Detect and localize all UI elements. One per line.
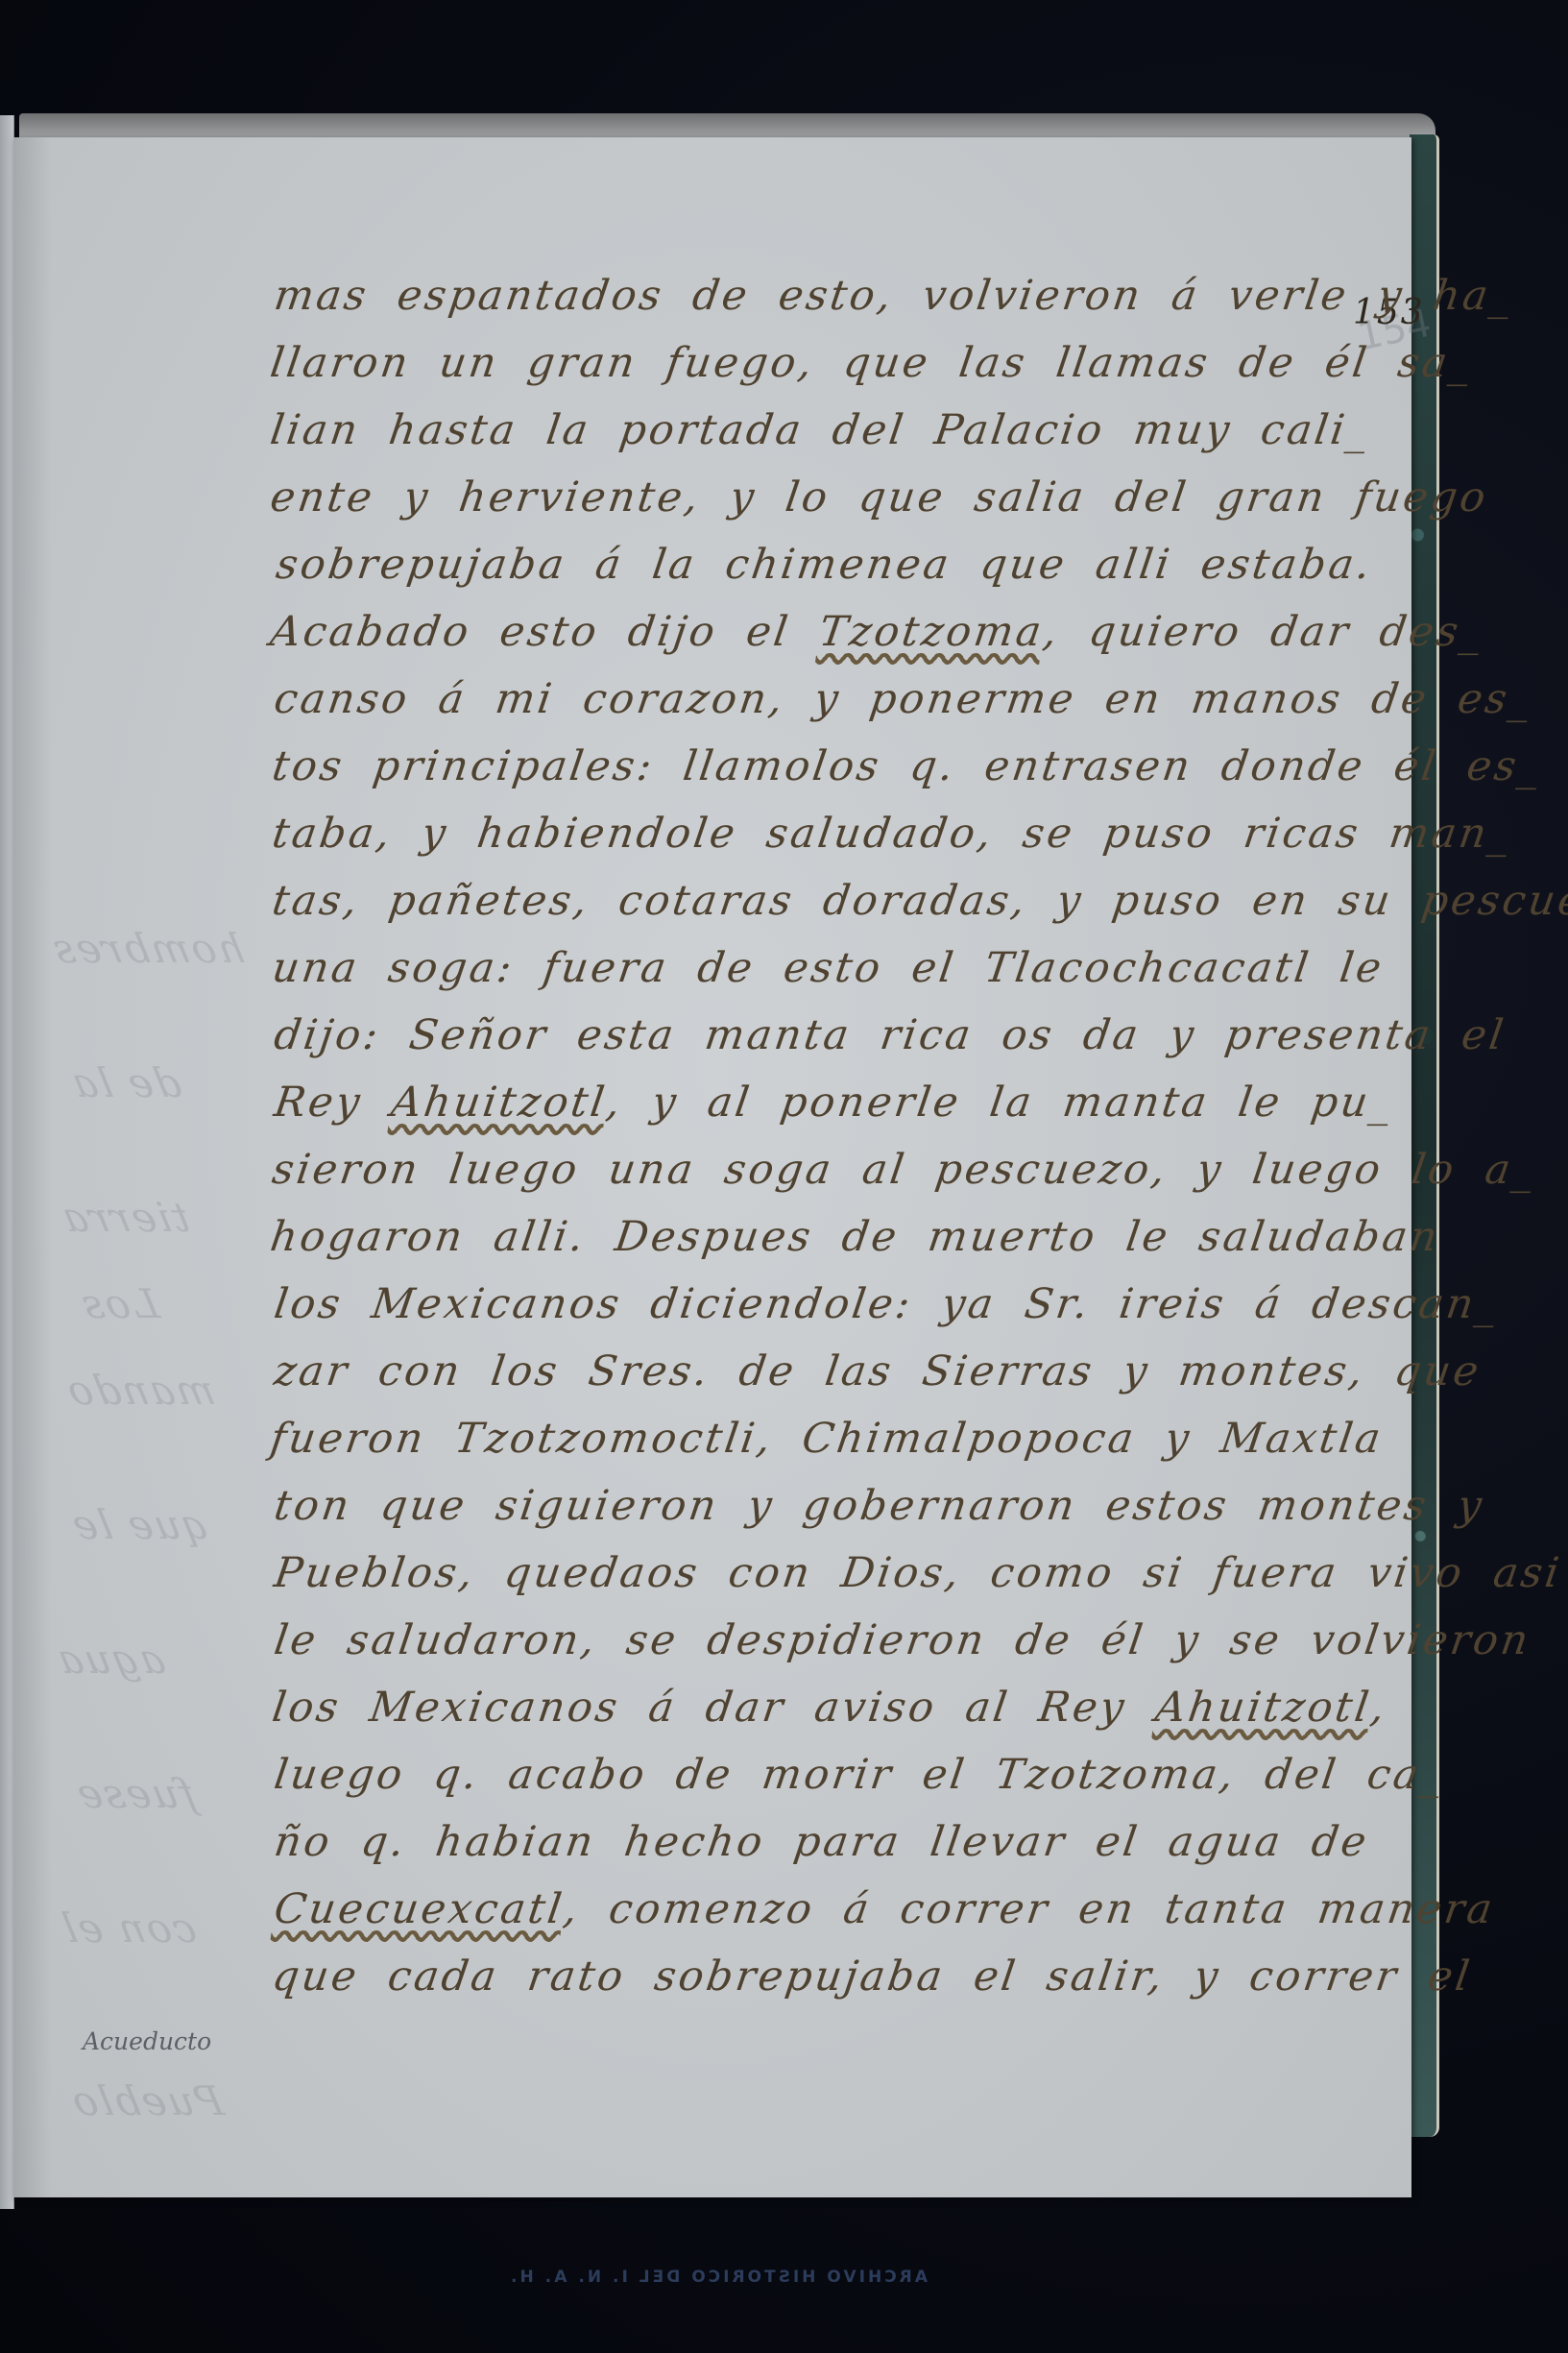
text-line: dijo: Señor esta manta rica os da y pres… — [271, 1011, 1508, 1059]
bleed-word: agua — [52, 1636, 169, 1683]
manuscript-page: hombres de la tierra Los mando que le ag… — [13, 137, 1411, 2197]
underlined-name: Ahuitzotl — [1152, 1684, 1374, 1732]
line-segment: los Mexicanos á dar aviso al Rey — [269, 1684, 1159, 1732]
line-segment: , comenzo á correr en tanta manera — [561, 1885, 1498, 1933]
text-line: Cuecuexcatl, comenzo á correr en tanta m… — [271, 1885, 1498, 1933]
text-line: tas, pañetes, cotaras doradas, y puso en… — [269, 877, 1568, 925]
text-line: zar con los Sres. de las Sierras y monte… — [271, 1347, 1484, 1395]
text-line: ño q. habian hecho para llevar el agua d… — [271, 1818, 1371, 1866]
text-line: que cada rato sobrepujaba el salir, y co… — [269, 1953, 1475, 2001]
margin-annotation: Acueducto — [83, 2027, 211, 2055]
bleed-word: de la — [66, 1059, 185, 1106]
line-segment: Rey — [271, 1079, 395, 1127]
archive-stamp-mirrored: ARCHIVO HISTORICO DEL I. N. A. H. — [508, 2268, 928, 2287]
text-line: mas espantados de esto, volvieron á verl… — [271, 272, 1517, 320]
bleed-word: que le — [66, 1501, 213, 1548]
text-line: Acabado esto dijo el Tzotzoma, quiero da… — [267, 608, 1487, 656]
text-line: sieron luego una soga al pescuezo, y lue… — [269, 1146, 1539, 1194]
text-line: Rey Ahuitzotl, y al ponerle la manta le … — [271, 1079, 1397, 1127]
marbled-cover-edge — [1410, 134, 1439, 2137]
text-line: Pueblos, quedaos con Dios, como si fuera… — [271, 1549, 1564, 1597]
bleed-word: tierra — [57, 1194, 194, 1241]
text-line: ton que siguieron y gobernaron estos mon… — [271, 1482, 1487, 1530]
bleed-word: con el — [57, 1904, 201, 1952]
line-segment: , quiero dar des_ — [1040, 608, 1487, 656]
text-line: fueron Tzotzomoctli, Chimalpopoca y Maxt… — [267, 1415, 1386, 1463]
line-segment: Acabado esto dijo el — [267, 608, 822, 656]
underlined-name: Cuecuexcatl — [271, 1885, 567, 1933]
text-line: los Mexicanos á dar aviso al Rey Ahuitzo… — [269, 1684, 1389, 1732]
text-line: hogaron alli. Despues de muerto le salud… — [267, 1213, 1442, 1261]
text-line: tos principales: llamolos q. entrasen do… — [269, 742, 1545, 790]
text-line: los Mexicanos diciendole: ya Sr. ireis á… — [271, 1280, 1503, 1328]
text-line: ente y herviente, y lo que salia del gra… — [267, 473, 1491, 522]
bleed-word: fuese — [71, 1770, 200, 1817]
text-line: lian hasta la portada del Palacio muy ca… — [267, 406, 1373, 454]
text-line: llaron un gran fuego, que las llamas de … — [267, 339, 1476, 387]
text-line: canso á mi corazon, y ponerme en manos d… — [271, 675, 1535, 723]
line-segment: , y al ponerle la manta le pu_ — [603, 1079, 1397, 1127]
text-line: luego q. acabo de morir el Tzotzoma, del… — [271, 1751, 1447, 1799]
text-line: una soga: fuera de esto el Tlacochcacatl… — [269, 944, 1387, 992]
underlined-name: Tzotzoma — [816, 608, 1047, 656]
bleed-word: Los — [76, 1280, 163, 1327]
text-line: sobrepujaba á la chimenea que alli estab… — [273, 541, 1375, 589]
previous-page-edge — [0, 115, 14, 2209]
bleed-word: mando — [61, 1367, 220, 1414]
text-line: taba, y habiendole saludado, se puso ric… — [269, 810, 1515, 858]
bleed-word: Pueblo — [66, 2077, 228, 2124]
bleed-word: hombres — [47, 925, 249, 972]
text-line: le saludaron, se despidieron de él y se … — [271, 1616, 1533, 1664]
underlined-name: Ahuitzotl — [388, 1079, 610, 1127]
